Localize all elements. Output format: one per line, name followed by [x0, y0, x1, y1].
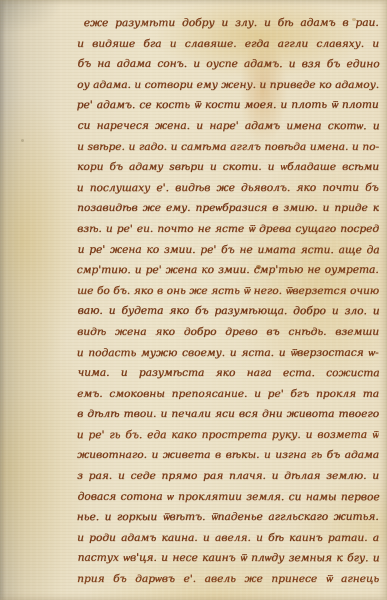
manuscript-line: позавидѣв же ему. преѡбразися в змию. и … — [77, 198, 379, 219]
manuscript-line: ше бо бъ. яко в онь же ясть ѿ него. ѿвер… — [77, 281, 379, 302]
manuscript-line: в дѣлѣ твои. и печали яси вся дни живота… — [77, 404, 379, 425]
manuscript-line: довася сотона ѡ проклятии земля. си намы… — [77, 486, 379, 507]
manuscript-line: оу адама. и сотвори ему жену. и приведе … — [77, 75, 379, 96]
manuscript-line: пастух ѡв'ця. и несе каинъ ѿ плѡду земны… — [77, 548, 379, 569]
manuscript-line: ре' адамъ. се кость ѿ кости моея. и плот… — [77, 95, 379, 116]
manuscript-line: бъ на адама сонъ. и оуспе адамъ. и взя б… — [77, 54, 379, 75]
manuscript-line: и ре' жена ко змии. ре' бъ не имата ясти… — [77, 239, 379, 260]
manuscript-text-block: еже разумѣти добру и злу. и бѣ адамъ в р… — [77, 13, 379, 590]
manuscript-line: и ре' гь бъ. еда како прострета руку. и … — [77, 425, 379, 446]
manuscript-line: ваю. и будета яко бъ разумѣюща. добро и … — [77, 301, 379, 322]
manuscript-line: з рая. и седе прямо рая плачя. и дѣлая з… — [77, 466, 379, 487]
stain-speck — [21, 139, 24, 142]
manuscript-line: прия бъ дарѡвъ е'. авель же принесе ѿ аг… — [77, 569, 379, 590]
manuscript-line: чима. и разумѣста яко нага еста. сожиста… — [77, 363, 379, 384]
manuscript-line: емъ. смоковны препоясание. и ре' бгъ про… — [77, 384, 379, 405]
manuscript-line: нье. и горкыи ѿвѣтъ. ѿпаденье аггльскаго… — [77, 507, 379, 528]
manuscript-line: взѣ. и ре' еи. почто не ясте ѿ древа сущ… — [77, 219, 379, 240]
manuscript-line: смр'тию. и ре' жена ко змии. смр'тью не … — [77, 260, 379, 281]
manuscript-line: видѣ жена яко добро древо въ снѣдь. взем… — [77, 322, 379, 343]
manuscript-page: еже разумѣти добру и злу. и бѣ адамъ в р… — [0, 0, 387, 600]
manuscript-line: животнаго. и живета в вѣкы. и изгна гь б… — [77, 445, 379, 466]
manuscript-line: еже разумѣти добру и злу. и бѣ адамъ в р… — [77, 13, 379, 34]
manuscript-line: и подасть мужю своему. и яста. и ѿверзос… — [77, 342, 379, 363]
manuscript-line: и послушаху е'. видѣв же дьяволъ. яко по… — [77, 178, 379, 199]
manuscript-line: и ѕвѣре. и гадо. и самѣма агглъ повѣда и… — [77, 137, 379, 158]
manuscript-line: си наречеся жена. и наре' адамъ имена ск… — [77, 116, 379, 137]
manuscript-line: и видяше бга и славяше. егда аггли славя… — [77, 34, 379, 55]
manuscript-line: кори бъ адаму ѕвѣри и скоти. и ѡбладаше … — [77, 157, 379, 178]
manuscript-line: и роди адамъ каина. и авеля. и бѣ каинъ … — [77, 528, 379, 549]
